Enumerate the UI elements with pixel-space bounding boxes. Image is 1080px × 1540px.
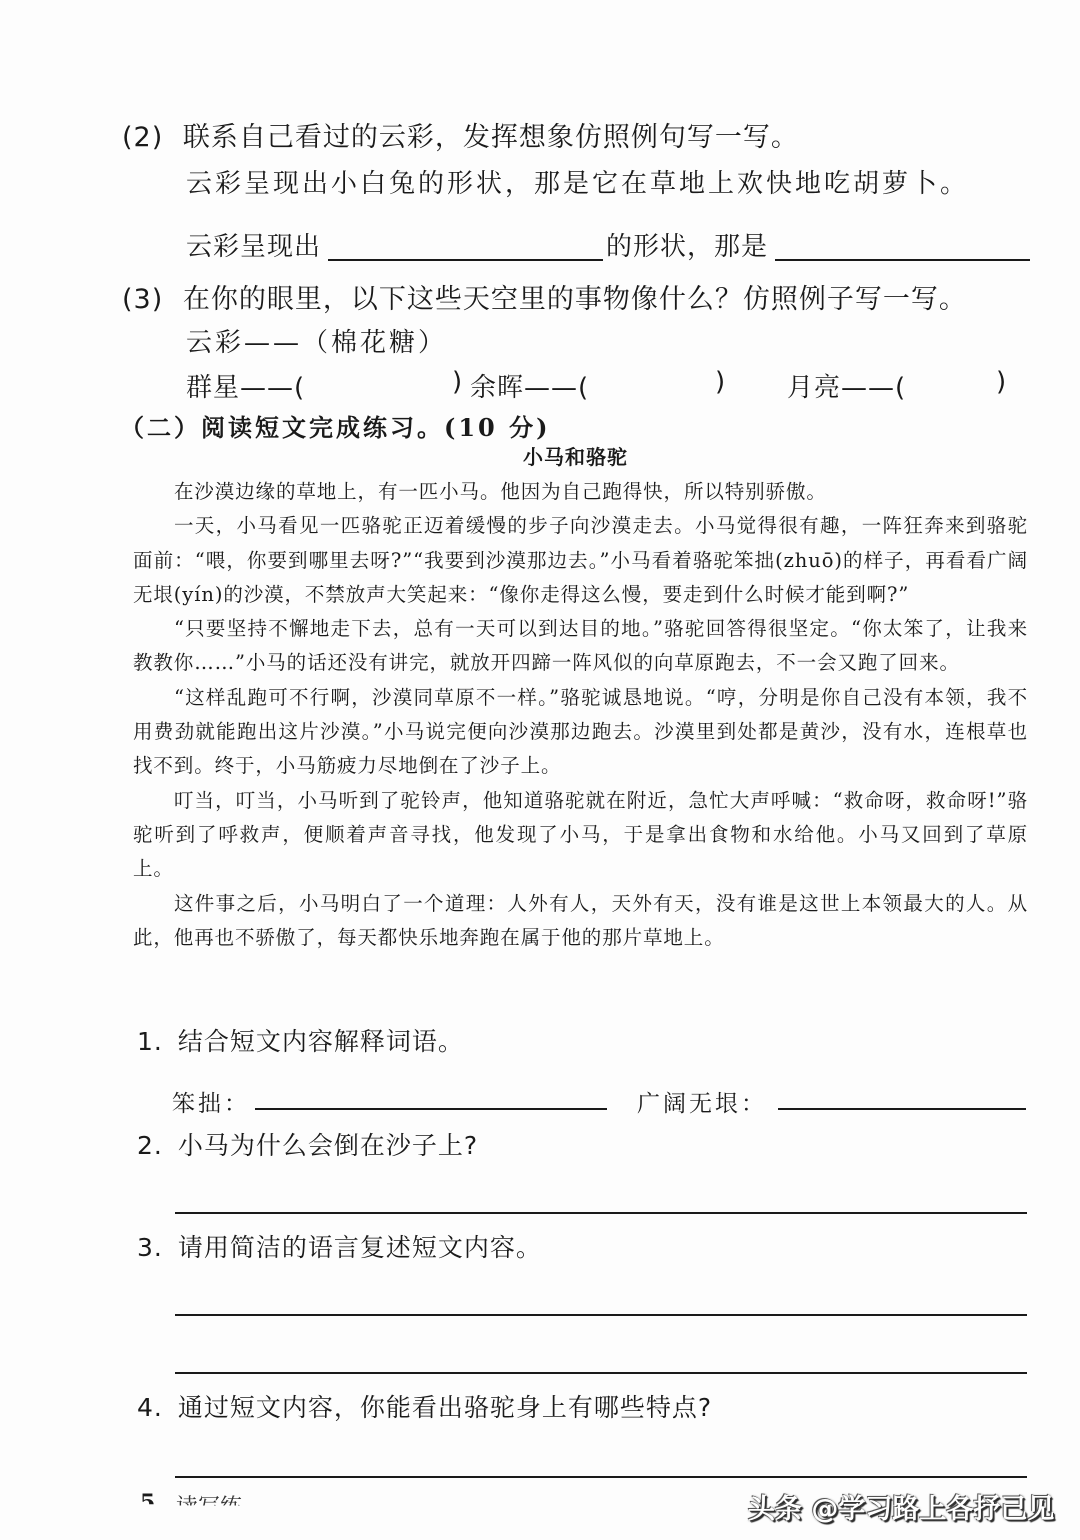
footer-label: 读写练 (176, 1490, 242, 1521)
worksheet-page: (2) 联系自己看过的云彩，发挥想象仿照例句写一写。 云彩呈现出小白兔的形状，那… (0, 0, 1080, 1540)
story-body: 在沙漠边缘的草地上，有一匹小马。他因为自己跑得快，所以特别骄傲。 一天，小马看见… (133, 475, 1028, 955)
story-paragraph: 这件事之后，小马明白了一个道理：人外有人，天外有天，没有谁是这世上本领最大的人。… (133, 887, 1028, 956)
term-clumsy-answer-line[interactable] (255, 1108, 607, 1110)
question-3-prompt: 在你的眼里，以下这些天空里的事物像什么？仿照例子写一写。 (183, 284, 967, 315)
reading-question-1: 1. 结合短文内容解释词语。 (137, 1022, 464, 1058)
story-paragraph: 叮当，叮当，小马听到了驼铃声，他知道骆驼就在附近，急忙大声呼喊：“救命呀，救命呀… (133, 784, 1028, 887)
question-3-number: (3) (122, 284, 163, 315)
watermark: 头条 @学习路上各抒己见 (748, 1487, 1054, 1526)
question-3-answer-line-1[interactable] (175, 1314, 1027, 1316)
question-2-blank-shape[interactable] (328, 259, 603, 261)
item-label: 余晖——( (470, 373, 589, 403)
question-2-blank-scene[interactable] (775, 259, 1030, 261)
question-number: 2. (137, 1131, 163, 1160)
item-close-paren: ) (452, 367, 462, 397)
question-text: 请用简洁的语言复述短文内容。 (178, 1233, 542, 1262)
reading-question-3: 3. 请用简洁的语言复述短文内容。 (137, 1228, 542, 1264)
question-text: 结合短文内容解释词语。 (178, 1027, 464, 1056)
question-3-item-stars: 群星——( (186, 367, 305, 404)
question-3-item-afterglow: 余晖——( (470, 367, 589, 404)
story-paragraph: 在沙漠边缘的草地上，有一匹小马。他因为自己跑得快，所以特别骄傲。 (133, 475, 1028, 509)
question-3-answer-line-2[interactable] (175, 1372, 1027, 1374)
item-close-paren: ) (996, 367, 1006, 397)
question-2-number: (2) (122, 122, 163, 153)
story-paragraph: “只要坚持不懈地走下去，总有一天可以到达目的地。”骆驼回答得很坚定。“你太笨了，… (133, 612, 1028, 681)
question-2-fill-prefix: 云彩呈现出 (186, 226, 321, 263)
story-paragraph: “这样乱跑可不行啊，沙漠同草原不一样。”骆驼诚恳地说。“哼，分明是你自己没有本领… (133, 681, 1028, 784)
question-number: 1. (137, 1027, 163, 1056)
question-4-answer-line[interactable] (175, 1476, 1027, 1478)
question-3-answer-moon[interactable] (888, 368, 992, 402)
question-number: 3. (137, 1233, 163, 1262)
question-2-prompt: 联系自己看过的云彩，发挥想象仿照例句写一写。 (183, 122, 799, 153)
story-title: 小马和骆驼 (523, 441, 628, 470)
question-3-heading: (3) 在你的眼里，以下这些天空里的事物像什么？仿照例子写一写。 (122, 277, 967, 316)
item-label: 群星——( (186, 373, 305, 403)
reading-question-2: 2. 小马为什么会倒在沙子上? (137, 1126, 478, 1162)
question-3-answer-afterglow[interactable] (602, 368, 710, 402)
question-2-fill-middle: 的形状，那是 (606, 226, 768, 263)
question-2-answer-line[interactable] (175, 1212, 1027, 1214)
term-clumsy-label: 笨拙： (172, 1085, 250, 1118)
story-paragraph: 一天，小马看见一匹骆驼正迈着缓慢的步子向沙漠走去。小马觉得很有趣，一阵狂奔来到骆… (133, 509, 1028, 612)
page-number: 5 (140, 1490, 155, 1516)
term-boundless-answer-line[interactable] (778, 1108, 1026, 1110)
question-2-heading: (2) 联系自己看过的云彩，发挥想象仿照例句写一写。 (122, 115, 799, 154)
question-3-example: 云彩——（棉花糖） (186, 322, 447, 359)
question-number: 4. (137, 1393, 163, 1422)
question-3-answer-stars[interactable] (318, 368, 446, 402)
question-text: 通过短文内容，你能看出骆驼身上有哪些特点? (178, 1393, 712, 1422)
question-text: 小马为什么会倒在沙子上? (178, 1131, 478, 1160)
section-2-heading: （二）阅读短文完成练习。(10 分) (120, 408, 550, 443)
item-close-paren: ) (715, 367, 725, 397)
question-2-example: 云彩呈现出小白兔的形状，那是它在草地上欢快地吃胡萝卜。 (186, 163, 969, 200)
reading-question-4: 4. 通过短文内容，你能看出骆驼身上有哪些特点? (137, 1388, 712, 1424)
term-boundless-label: 广阔无垠： (637, 1085, 767, 1118)
